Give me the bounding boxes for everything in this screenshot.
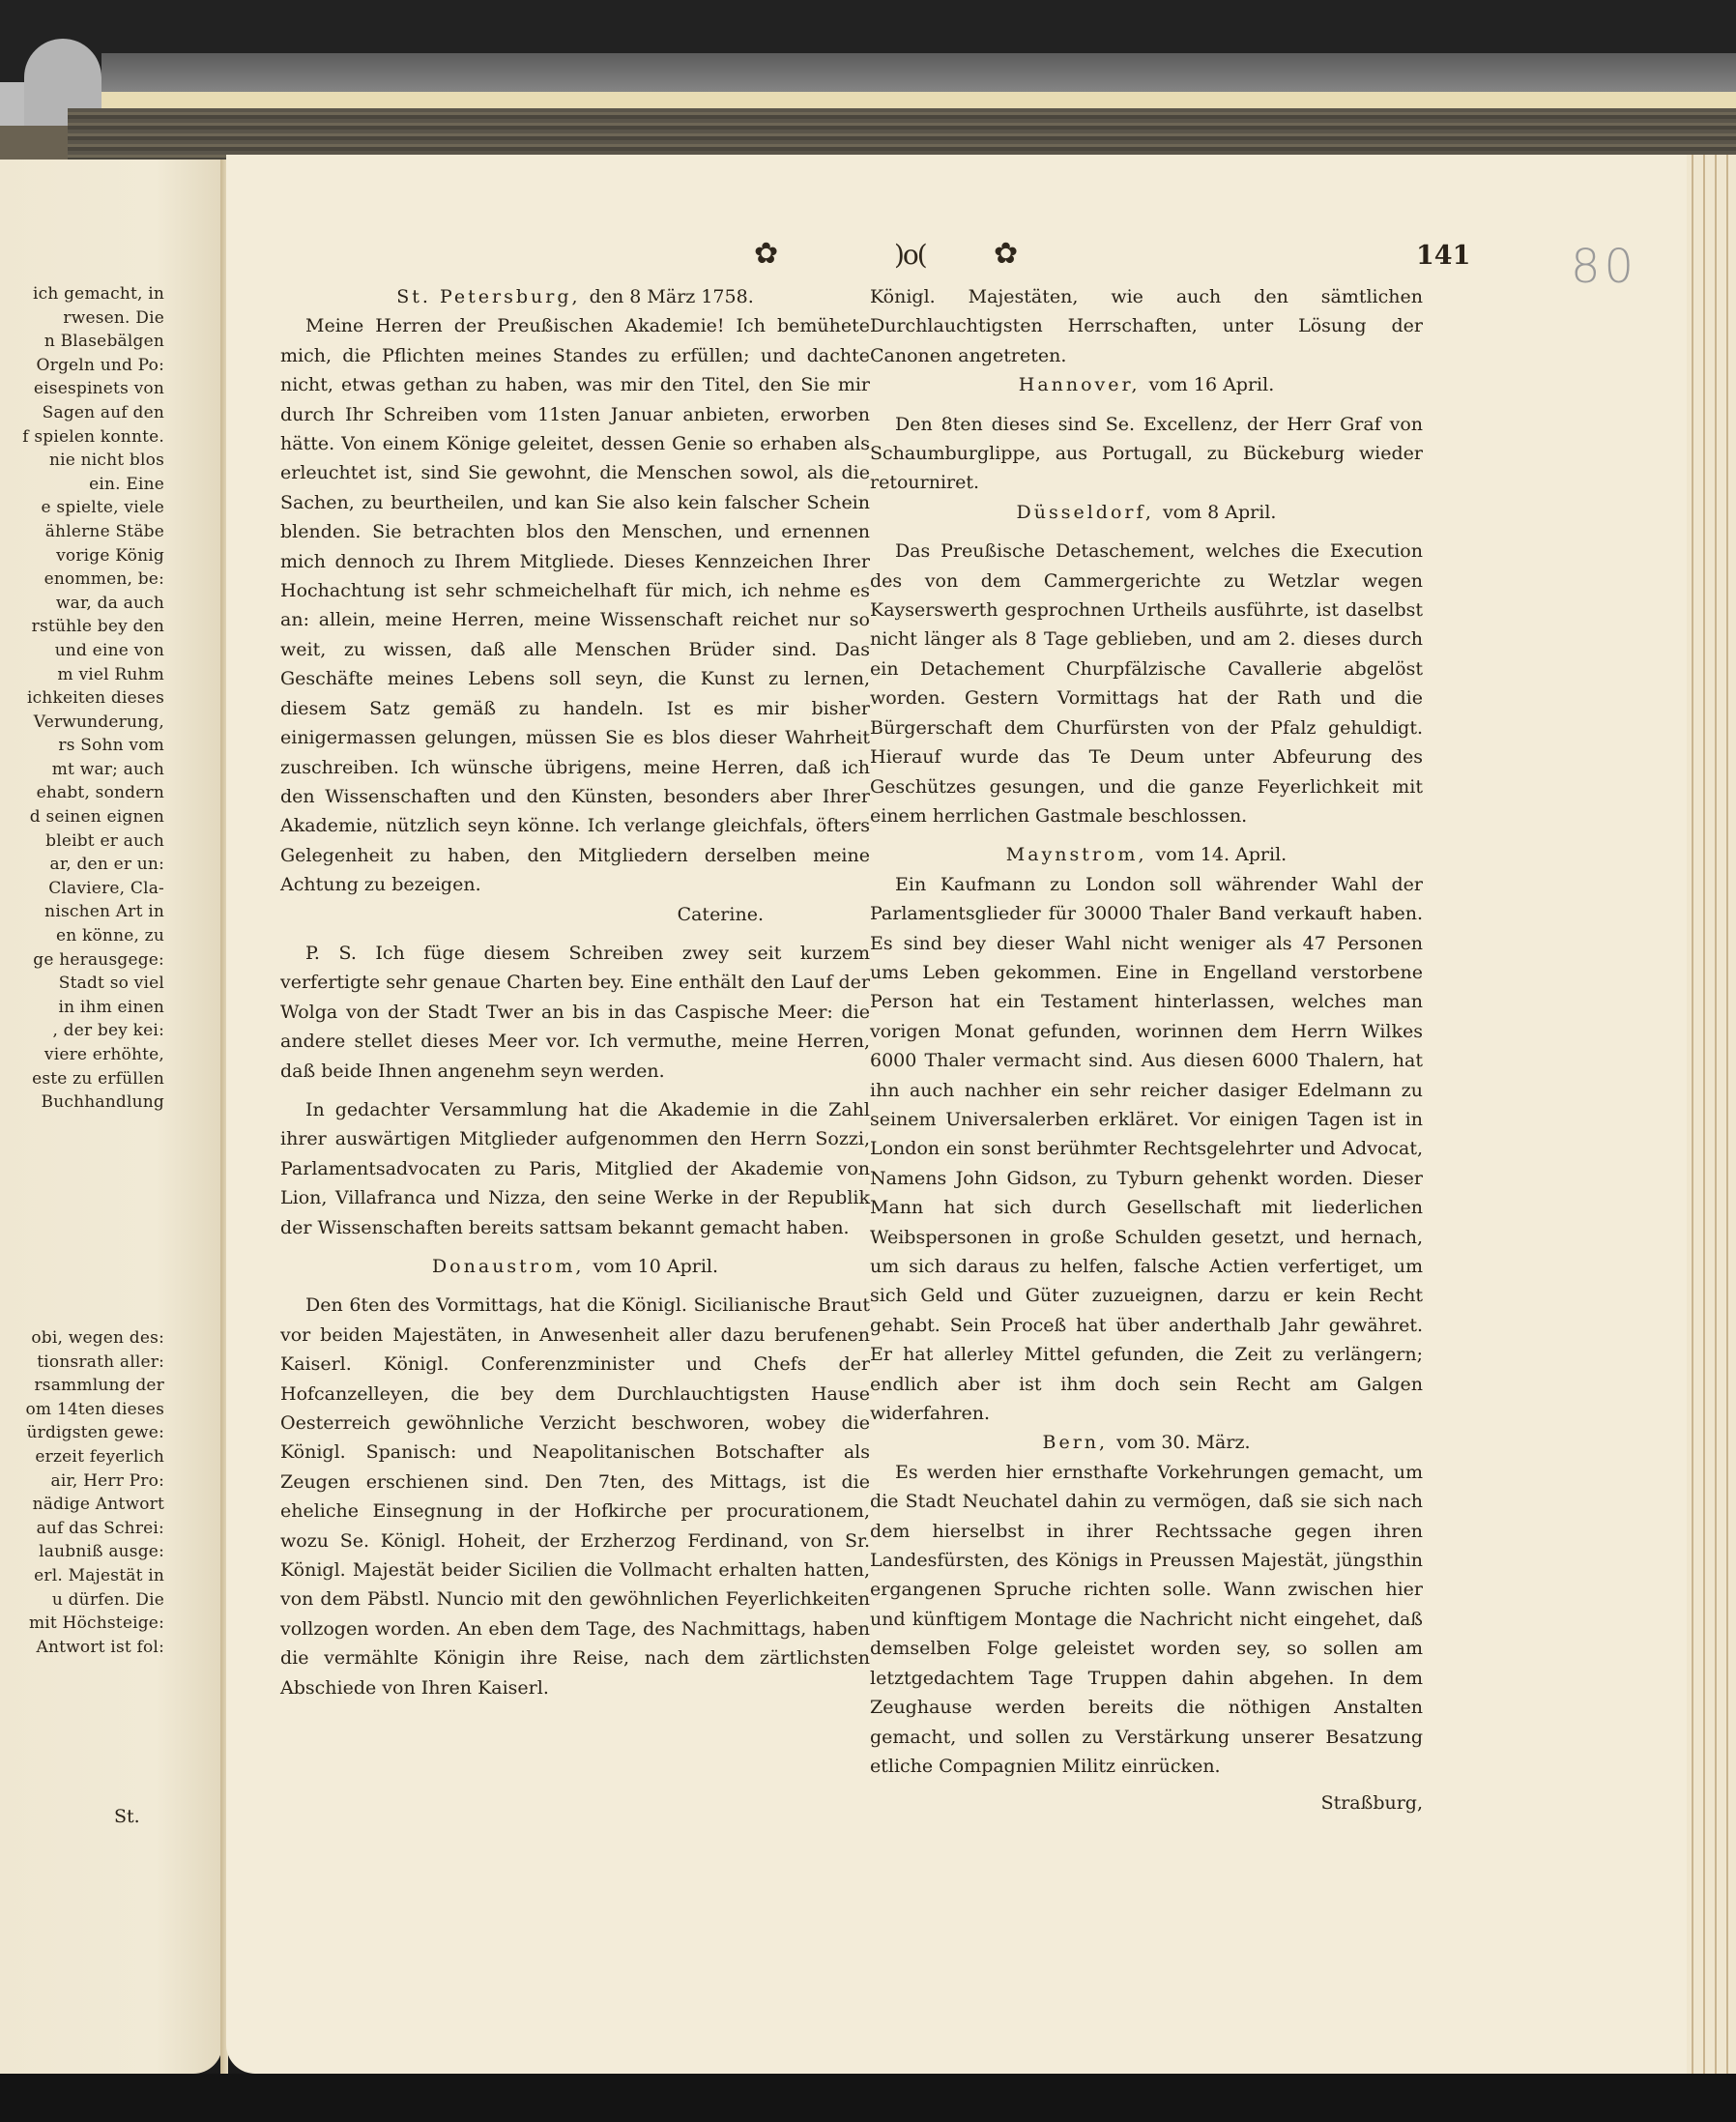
signature: Caterine. (280, 900, 870, 929)
left-page-line: enommen, be: (0, 567, 164, 592)
left-page-line: ich gemacht, in (0, 282, 164, 306)
article-continuation: Königl. Majestäten, wie auch den sämtlic… (870, 282, 1423, 370)
book-cover-cloth (101, 53, 1736, 97)
left-page-line: d seinen eignen (0, 805, 164, 829)
scan-background-bottom (0, 2074, 1736, 2122)
left-page-line: f spielen konnte. (0, 425, 164, 450)
left-page-line: rwesen. Die (0, 306, 164, 331)
left-page-line: mt war; auch (0, 758, 164, 782)
catchword: Straßburg, (870, 1788, 1423, 1817)
left-page-line: nischen Art in (0, 900, 164, 924)
left-page-line: Antwort ist fol: (0, 1636, 164, 1660)
column-left: St. Petersburg, den 8 März 1758. Meine H… (280, 282, 870, 1702)
header-ornament-divider: )o( (894, 239, 926, 271)
article-postscript: P. S. Ich füge diesem Schreiben zwey sei… (280, 939, 870, 1086)
left-page-line: este zu erfüllen (0, 1067, 164, 1091)
left-page-line: n Blasebälgen (0, 330, 164, 354)
left-page-line: war, da auch (0, 592, 164, 616)
left-page-line: ählerne Stäbe (0, 520, 164, 544)
page-header: ✿ )o( ✿ 141 (754, 237, 1469, 276)
left-page-line: , der bey kei: (0, 1019, 164, 1043)
left-page-line: bleibt er auch (0, 829, 164, 854)
left-page-line: ehabt, sondern (0, 781, 164, 805)
page-number: 141 (1416, 241, 1470, 271)
dateline-maynstrom: Maynstrom, vom 14. April. (870, 840, 1423, 869)
dateline-duesseldorf: Düsseldorf, vom 8 April. (870, 498, 1423, 527)
left-page-line: tionsrath aller: (0, 1351, 164, 1375)
left-page-line: Buchhandlung (0, 1090, 164, 1115)
left-page-line: rs Sohn vom (0, 734, 164, 758)
column-right: Königl. Majestäten, wie auch den sämtlic… (870, 282, 1423, 1818)
left-page-text-bottom: obi, wegen des:tionsrath aller:rsammlung… (0, 1326, 164, 1659)
dateline-bern: Bern, vom 30. März. (870, 1428, 1423, 1457)
dateline-donaustrom: Donaustrom, vom 10 April. (280, 1252, 870, 1281)
left-page-line: m viel Ruhm (0, 663, 164, 687)
shell-ornament-icon: ✿ (994, 237, 1018, 271)
left-page-line: rsammlung der (0, 1374, 164, 1398)
left-page-line: air, Herr Pro: (0, 1469, 164, 1494)
left-page-line: nädige Antwort (0, 1493, 164, 1517)
page-block-edge (68, 108, 1736, 161)
left-page-line: ge herausgege: (0, 948, 164, 973)
left-page-line: in ihm einen (0, 996, 164, 1020)
left-page-line: e spielte, viele (0, 496, 164, 520)
dateline-hannover: Hannover, vom 16 April. (870, 370, 1423, 399)
left-page-catchword: St. (114, 1806, 140, 1827)
left-page-text-top: ich gemacht, inrwesen. Dien BlasebälgenO… (0, 282, 164, 1115)
article-hannover: Den 8ten dieses sind Se. Excellenz, der … (870, 410, 1423, 498)
left-page-line: viere erhöhte, (0, 1043, 164, 1067)
left-page-line: und eine von (0, 639, 164, 663)
left-page-line: ein. Eine (0, 473, 164, 497)
left-page-line: auf das Schrei: (0, 1517, 164, 1541)
left-page-line: mit Höchsteige: (0, 1612, 164, 1636)
left-page-line: vorige König (0, 544, 164, 568)
left-page-line: nie nicht blos (0, 449, 164, 473)
left-page-line: rstühle bey den (0, 615, 164, 639)
left-page-line: ichkeiten dieses (0, 686, 164, 711)
left-page-line: u dürfen. Die (0, 1588, 164, 1613)
article-assembly: In gedachter Versammlung hat die Akademi… (280, 1095, 870, 1242)
left-page-line: en könne, zu (0, 924, 164, 948)
left-page-line: om 14ten dieses (0, 1398, 164, 1422)
left-page-line: erzeit feyerlich (0, 1445, 164, 1469)
page-edge-left (0, 126, 68, 160)
left-page-line: Stadt so viel (0, 972, 164, 996)
article-donaustrom: Den 6ten des Vormittags, hat die Königl.… (280, 1291, 870, 1702)
left-page-line: Orgeln und Po: (0, 354, 164, 378)
left-page-line: ürdigsten gewe: (0, 1421, 164, 1445)
left-page-line: erl. Majestät in (0, 1564, 164, 1588)
dateline-st-petersburg: St. Petersburg, den 8 März 1758. (280, 282, 870, 311)
article-letter: Meine Herren der Preußischen Akademie! I… (280, 311, 870, 899)
shell-ornament-icon: ✿ (754, 237, 778, 271)
left-page-line: eisespinets von (0, 377, 164, 401)
left-page-line: ar, den er un: (0, 853, 164, 877)
left-page-line: laubniß ausge: (0, 1540, 164, 1564)
page-edges-right (1687, 155, 1736, 2074)
left-page-line: Sagen auf den (0, 401, 164, 425)
article-duesseldorf: Das Preußische Detaschement, welches die… (870, 537, 1423, 830)
left-page-line: Claviere, Cla- (0, 877, 164, 901)
pencil-annotation: 80 (1571, 240, 1637, 294)
left-page-line: obi, wegen des: (0, 1326, 164, 1351)
article-maynstrom: Ein Kaufmann zu London soll währender Wa… (870, 870, 1423, 1429)
left-page-line: Verwunderung, (0, 711, 164, 735)
article-bern: Es werden hier ernsthafte Vorkehrungen g… (870, 1458, 1423, 1781)
